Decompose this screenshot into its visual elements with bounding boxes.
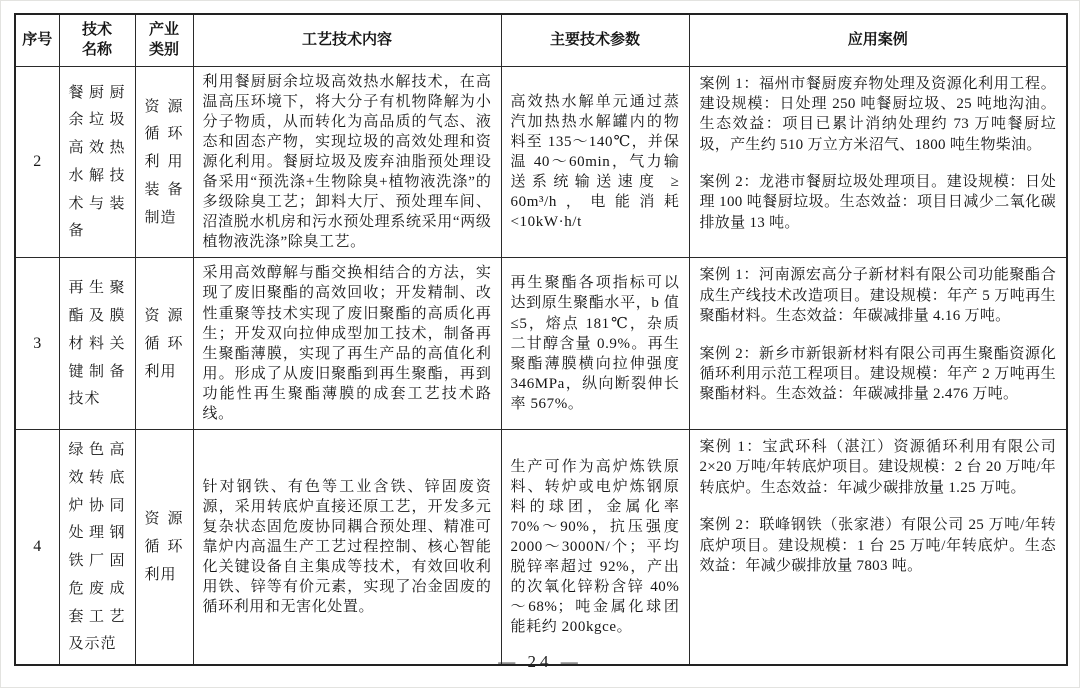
cell-serial-number: 3 [15,258,59,430]
table-header: 序号 技术 名称 产业 类别 工艺技术内容 主要技术参数 应用案例 [15,14,1067,66]
cell-process-content: 针对钢铁、有色等工业含铁、锌固废资源，采用转底炉直接还原工艺，开发多元复杂状态固… [193,430,501,666]
col-header-tech-name: 技术 名称 [59,14,135,66]
cell-process-content: 利用餐厨厨余垃圾高效热水解技术，在高温高压环境下，将大分子有机物降解为小分子物质… [193,66,501,258]
cell-process-content: 采用高效醇解与酯交换相结合的方法，实现了废旧聚酯的高效回收；开发精制、改性重聚等… [193,258,501,430]
case-paragraph: 案例 1：福州市餐厨废弃物处理及资源化利用工程。建设规模：日处理 250 吨餐厨… [700,74,1057,156]
cell-category: 资源循环利用 [135,258,193,430]
cell-cases: 案例 1：福州市餐厨废弃物处理及资源化利用工程。建设规模：日处理 250 吨餐厨… [689,66,1067,258]
table-row: 2 餐厨厨余垃圾高效热水解技术与装备 资源循环利用装备制造 利用餐厨厨余垃圾高效… [15,66,1067,258]
case-paragraph: 案例 1：宝武环科（湛江）资源循环利用有限公司 2×20 万吨/年转底炉项目。建… [700,437,1057,498]
cell-tech-name: 餐厨厨余垃圾高效热水解技术与装备 [59,66,135,258]
col-header-parameters: 主要技术参数 [501,14,689,66]
document-page: 序号 技术 名称 产业 类别 工艺技术内容 主要技术参数 应用案例 2 餐厨厨余… [0,0,1080,688]
cell-tech-name: 再生聚酯及膜材料关键制备技术 [59,258,135,430]
cell-serial-number: 2 [15,66,59,258]
col-header-cases: 应用案例 [689,14,1067,66]
case-paragraph: 案例 2：龙港市餐厨垃圾处理项目。建设规模：日处理 100 吨餐厨垃圾。生态效益… [700,172,1057,233]
case-paragraph: 案例 1：河南源宏高分子新材料有限公司功能聚酯合成生产线技术改造项目。建设规模：… [700,265,1057,326]
table-row: 4 绿色高效转底炉协同处理钢铁厂固危废成套工艺及示范 资源循环利用 针对钢铁、有… [15,430,1067,666]
case-paragraph: 案例 2：联峰钢铁（张家港）有限公司 25 万吨/年转底炉项目。建设规模：1 台… [700,515,1057,576]
col-header-process-content: 工艺技术内容 [193,14,501,66]
case-paragraph: 案例 2：新乡市新银新材料有限公司再生聚酯资源化循环利用示范工程项目。建设规模：… [700,344,1057,405]
cell-category: 资源循环利用 [135,430,193,666]
col-header-no: 序号 [15,14,59,66]
cell-tech-name: 绿色高效转底炉协同处理钢铁厂固危废成套工艺及示范 [59,430,135,666]
cell-cases: 案例 1：宝武环科（湛江）资源循环利用有限公司 2×20 万吨/年转底炉项目。建… [689,430,1067,666]
cell-cases: 案例 1：河南源宏高分子新材料有限公司功能聚酯合成生产线技术改造项目。建设规模：… [689,258,1067,430]
table-row: 3 再生聚酯及膜材料关键制备技术 资源循环利用 采用高效醇解与酯交换相结合的方法… [15,258,1067,430]
cell-category: 资源循环利用装备制造 [135,66,193,258]
col-header-category: 产业 类别 [135,14,193,66]
cell-parameters: 生产可作为高炉炼铁原料、转炉或电炉炼钢原料的球团，金属化率 70%～90%，抗压… [501,430,689,666]
cell-serial-number: 4 [15,430,59,666]
page-number: — 24 — [0,652,1080,672]
technology-table: 序号 技术 名称 产业 类别 工艺技术内容 主要技术参数 应用案例 2 餐厨厨余… [14,13,1068,666]
cell-parameters: 再生聚酯各项指标可以达到原生聚酯水平，b 值≤5，熔点 181℃，杂质二甘醇含量… [501,258,689,430]
cell-parameters: 高效热水解单元通过蒸汽加热热水解罐内的物料至 135～140℃，并保温 40～6… [501,66,689,258]
